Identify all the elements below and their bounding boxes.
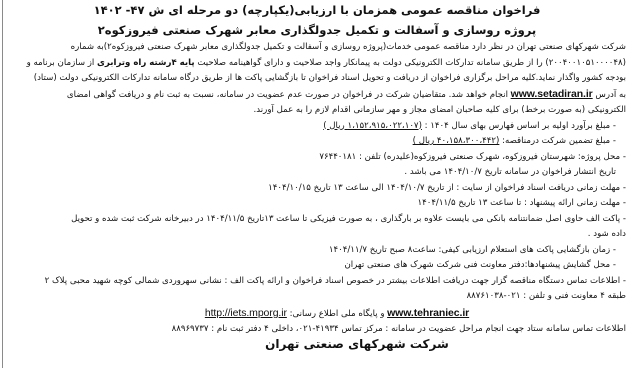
guarantee-amount: - مبلغ تضمین شرکت درمناقصه: (۴۰،۱۵۸،۳۰۰،… [8, 134, 626, 150]
publish-date: تاریخ انتشار فراخوان در سامانه تاریخ ۱۴۰… [8, 165, 626, 181]
intro-text-4a: به آدرس [595, 90, 626, 100]
contact-info: - اطلاعات تماس دستگاه مناقصه گزار جهت در… [8, 274, 626, 290]
opening-time-label: - زمان بازگشایی پاکت های استعلام ارزیابی… [370, 245, 616, 255]
tender-announcement: فراخوان مناقصه عمومی همزمان با ارزیابی(ی… [8, 0, 626, 368]
estimate-label: - مبلغ برآورد اولیه بر اساس فهارس بهای س… [425, 121, 616, 131]
estimate-amount: - مبلغ برآورد اولیه بر اساس فهارس بهای س… [8, 119, 626, 135]
intro-text-3: بودجه کشور واگذار نماید.کلیه مراحل برگزا… [34, 73, 626, 83]
project-title: پروژه روسازی و آسفالت و تکمیل جدولگذاری … [8, 20, 626, 40]
publish-date-value: ۱۴۰۴/۱۰/۷ می باشد . [404, 167, 482, 177]
location-phone: ۷۶۴۴۰۱۸۱ [319, 152, 356, 162]
company-signature: شرکت شهرکهای صنعتی تهران [8, 337, 626, 351]
contact-phone: طبقه ۴ معاونت فنی و تلفن : ۰۲۱-۸۸۷۶۱۰۳۸ [8, 289, 626, 305]
doc-deadline-value: ۱۴۰۴/۱۰/۱۵ [268, 183, 311, 193]
opening-location: - محل گشایش پیشنهادها:دفتر معاونت فنی شر… [8, 258, 626, 274]
intro-line-5: الکترونیکی (به صورت برخط) برای کلیه صاحب… [8, 103, 626, 119]
estimate-value: (۱،۱۵۲،۹۱۵،۰۲۲،۱۰۷ ریال ) [323, 121, 422, 131]
location-label: - محل پروژه: شهرستان فیروزکوه، شهرک صنعت… [359, 152, 626, 162]
opening-time: - زمان بازگشایی پاکت های استعلام ارزیابی… [8, 243, 626, 259]
intro-text-2a: (۲۰۰۴۰۰۱۰۵۱۰۰۰۰۴۸) را از طریق سامانه تدا… [197, 58, 626, 68]
opening-location-text: - محل گشایش پیشنهادها:دفتر معاونت فنی شر… [344, 260, 616, 270]
envelope-a-text-cont: داده شود . [588, 229, 626, 239]
doc-deadline-label: - مهلت زمانی دریافت اسناد فراخوان از سای… [314, 183, 626, 193]
intro-line-1: شرکت شهرکهای صنعتی تهران در نظر دارد منا… [8, 40, 626, 56]
intro-line-4: به آدرس www.setadiran.ir انجام خواهد شد.… [8, 87, 626, 104]
intro-text-5: الکترونیکی (به صورت برخط) برای کلیه صاحب… [254, 105, 626, 115]
envelope-a-note: - پاکت الف حاوی اصل ضمانتنامه بانکی می ب… [8, 212, 626, 228]
intro-line-3: بودجه کشور واگذار نماید.کلیه مراحل برگزا… [8, 71, 626, 87]
envelope-a-text: - پاکت الف حاوی اصل ضمانتنامه بانکی می ب… [71, 214, 626, 224]
page-border-line [2, 0, 3, 368]
contact-phone-value: ۰۲۱-۸۸۷۶۱۰۳۸ [467, 291, 521, 301]
bid-deadline-label: - مهلت زمانی ارائه پیشنهاد : تا ساعت ۱۳ … [458, 198, 626, 208]
bid-deadline-value: ۱۴۰۴/۱۱/۵ [417, 198, 455, 208]
guarantee-label: - مبلغ تضمین شرکت درمناقصه: [502, 136, 616, 146]
setad-contact: اطلاعات تماس سامانه ستاد جهت انجام مراحل… [8, 322, 626, 338]
contact-phone-label: طبقه ۴ معاونت فنی و تلفن : [523, 291, 626, 301]
project-location: - محل پروژه: شهرستان فیروزکوه، شهرک صنعت… [8, 150, 626, 166]
publish-date-label: تاریخ انتشار فراخوان در سامانه تاریخ [485, 167, 616, 177]
bid-deadline: - مهلت زمانی ارائه پیشنهاد : تا ساعت ۱۳ … [8, 196, 626, 212]
setadiran-link[interactable]: www.setadiran.ir [511, 88, 593, 100]
intro-line-2: (۲۰۰۴۰۰۱۰۵۱۰۰۰۰۴۸) را از طریق سامانه تدا… [8, 56, 626, 72]
intro-text-4b: انجام خواهد شد. متقاضیان شرکت در فراخوان… [67, 90, 508, 100]
setad-contact-text: اطلاعات تماس سامانه ستاد جهت انجام مراحل… [172, 324, 626, 334]
opening-time-value: ۱۴۰۴/۱۱/۷ [329, 245, 367, 255]
document-deadline: - مهلت زمانی دریافت اسناد فراخوان از سای… [8, 181, 626, 197]
intro-text-1: شرکت شهرکهای صنعتی تهران در نظر دارد منا… [71, 42, 626, 52]
envelope-a-note-cont: داده شود . [8, 227, 626, 243]
tehraniec-link[interactable]: www.tehraniec.ir [387, 307, 469, 319]
intro-text-2b: از سازمان برنامه و [27, 58, 95, 68]
contact-info-text: - اطلاعات تماس دستگاه مناقصه گزار جهت در… [45, 276, 626, 286]
links-connector: و پایگاه ملی اطلاع رسانی: [290, 309, 385, 319]
links-line: www.tehraniec.ir و پایگاه ملی اطلاع رسان… [8, 305, 626, 322]
qualification-grade: پایه ۴رشته راه وترابری [97, 58, 195, 68]
iets-portal-link[interactable]: http://iets.mporg.ir [205, 307, 287, 319]
announcement-title: فراخوان مناقصه عمومی همزمان با ارزیابی(ی… [8, 0, 626, 20]
guarantee-value: (۴۰،۱۵۸،۳۰۰،۴۴۲ ریال ) [413, 136, 500, 146]
